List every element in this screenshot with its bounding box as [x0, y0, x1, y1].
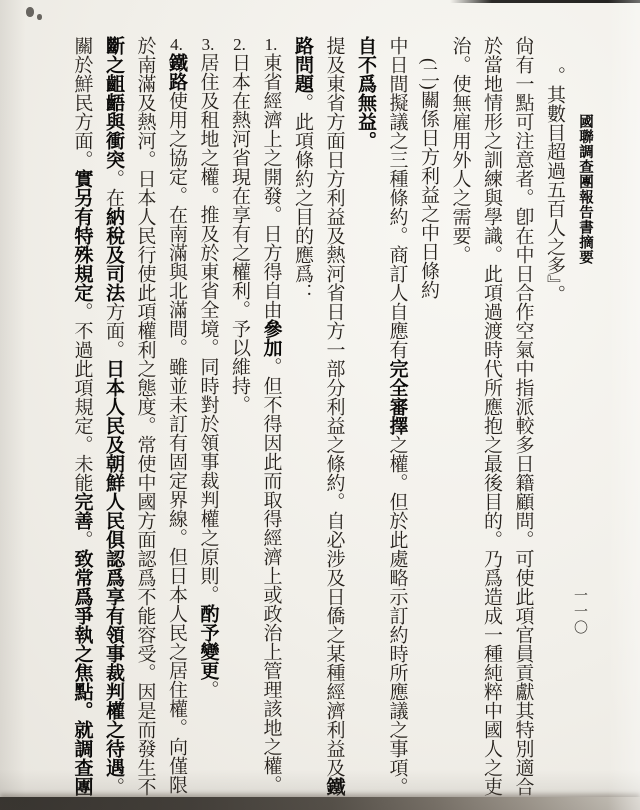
text-run: 。在 — [103, 169, 124, 207]
emphasized-text-run: 完全審擇 — [387, 359, 408, 435]
text-column-7: 自不爲無益。 — [350, 36, 382, 804]
emphasized-text-run: 鐵路 — [166, 53, 187, 91]
emphasized-text-run: 完善 — [72, 492, 93, 530]
emphasized-text-run: 實另有特殊規定 — [72, 169, 93, 302]
emphasized-text-run: 酌予變更 — [198, 604, 219, 680]
text-run: 。 — [198, 680, 219, 699]
text-column-6: 中日間擬議之三種條約。商訂人自應有完全審擇之權。但於此處略示訂約時所應議之事項。 — [381, 36, 413, 804]
text-run: 中日間擬議之三種條約。商訂人自應有 — [387, 36, 408, 359]
text-run: 關於鮮民方面。 — [72, 36, 93, 169]
item-number: 3. — [199, 36, 218, 53]
emphasized-text-run: 致常爲爭執之焦點。就調查團 — [72, 549, 93, 796]
text-run: 於南滿及熱河。日本人民行使此項權利之態度。常使中國方面認爲不能容受。因是而發生不 — [135, 36, 156, 796]
scanned-book-page: 國聯調查團報告書摘要 一一〇 。其數目超過五百人之多』。尙有一點可注意者。卽在中… — [0, 0, 640, 810]
text-column-11: 2.日本在熱河省現在享有之權利。予以維持。 — [224, 36, 256, 804]
text-run: 日本在熱河省現在享有之權利。予以維持。 — [229, 53, 250, 414]
running-head: 國聯調查團報告書摘要 — [575, 114, 596, 265]
scan-artifact-speck — [37, 14, 42, 20]
emphasized-text-run: 路問題 — [292, 36, 313, 93]
scan-artifact-speck — [26, 7, 34, 17]
item-number: 2. — [230, 36, 249, 53]
emphasized-text-run: 日本人民及朝鮮人民俱認爲享有領事裁判權之待遇 — [103, 359, 124, 777]
text-column-1: 。其數目超過五百人之多』。 — [539, 36, 571, 804]
text-column-2: 尙有一點可注意者。卽在中日合作空氣中指派較多日籍顧問。可使此項官員貢獻其特別適合 — [507, 36, 539, 804]
item-number: 4. — [167, 36, 186, 53]
text-column-13: 4.鐵路使用之協定。在南滿與北滿間。雖並未訂有固定界線。但日本人民之居住權。向僅… — [161, 36, 193, 804]
text-run: 。其數目超過五百人之多』。 — [544, 66, 565, 304]
emphasized-text-run: 參加 — [261, 319, 282, 357]
text-column-12: 3.居住及租地之權。推及於東省全境。同時對於領事裁判權之原則。酌予變更。 — [192, 36, 224, 804]
text-column-8: 提及東省方面日方利益及熱河省日方一部分利益之條約。自必涉及日僑之某種經濟利益及鐵 — [318, 36, 350, 804]
scan-artifact-bottom-edge — [0, 797, 640, 810]
text-run: 尙有一點可注意者。卽在中日合作空氣中指派較多日籍顧問。可使此項官員貢獻其特別適合 — [513, 36, 534, 796]
text-run: 。 — [103, 777, 124, 796]
text-run: 居住及租地之權。推及於東省全境。同時對於領事裁判權之原則。 — [198, 53, 219, 604]
emphasized-text-run: 斷之齟齬與衝突 — [103, 36, 124, 169]
text-run: 。此項條約之目的應爲： — [292, 93, 313, 302]
text-run: 使用之協定。在南滿與北滿間。雖並未訂有固定界線。但日本人民之居住權。向僅限 — [166, 91, 187, 794]
text-run: 於當地情形之訓練與學識。此項過渡時代所應抱之最後目的。乃爲造成一種純粹中國人之吏 — [481, 36, 502, 796]
text-run: 治。使無雇用外人之需要。 — [450, 36, 471, 264]
item-number: 1. — [262, 36, 281, 53]
emphasized-text-run: 鐵 — [324, 777, 345, 796]
text-run: 東省經濟上之開發。日方得自由 — [261, 53, 282, 319]
text-run: 之權。但於此處略示訂約時所應議之事項。 — [387, 435, 408, 796]
text-column-3: 於當地情形之訓練與學識。此項過渡時代所應抱之最後目的。乃爲造成一種純粹中國人之吏 — [476, 36, 508, 804]
text-columns: 。其數目超過五百人之多』。尙有一點可注意者。卽在中日合作空氣中指派較多日籍顧問。… — [66, 36, 570, 804]
text-run: 。但不得因此而取得經濟上或政治上管理該地之權。 — [261, 357, 282, 794]
text-run: (二)關係日方利益之中日條約 — [418, 58, 439, 299]
section-heading: (二)關係日方利益之中日條約 — [413, 36, 445, 804]
text-column-14: 於南滿及熱河。日本人民行使此項權利之態度。常使中國方面認爲不能容受。因是而發生不 — [129, 36, 161, 804]
text-column-4: 治。使無雇用外人之需要。 — [444, 36, 476, 804]
text-column-9: 路問題。此項條約之目的應爲： — [287, 36, 319, 804]
text-column-15: 斷之齟齬與衝突。在納稅及司法方面。日本人民及朝鮮人民俱認爲享有領事裁判權之待遇。 — [98, 36, 130, 804]
text-column-16: 關於鮮民方面。實另有特殊規定。不過此項規定。未能完善。致常爲爭執之焦點。就調查團 — [66, 36, 98, 804]
emphasized-text-run: 自不爲無益。 — [355, 36, 376, 150]
emphasized-text-run: 納稅及司法 — [103, 207, 124, 302]
text-run: 。不過此項規定。未能 — [72, 302, 93, 492]
text-run: 。 — [72, 530, 93, 549]
text-run: 提及東省方面日方利益及熱河省日方一部分利益之條約。自必涉及日僑之某種經濟利益及 — [324, 36, 345, 777]
page-number: 一一〇 — [569, 588, 589, 636]
text-run: 方面。 — [103, 302, 124, 359]
text-column-10: 1.東省經濟上之開發。日方得自由參加。但不得因此而取得經濟上或政治上管理該地之權… — [255, 36, 287, 804]
scan-artifact-top-edge — [450, 0, 640, 3]
